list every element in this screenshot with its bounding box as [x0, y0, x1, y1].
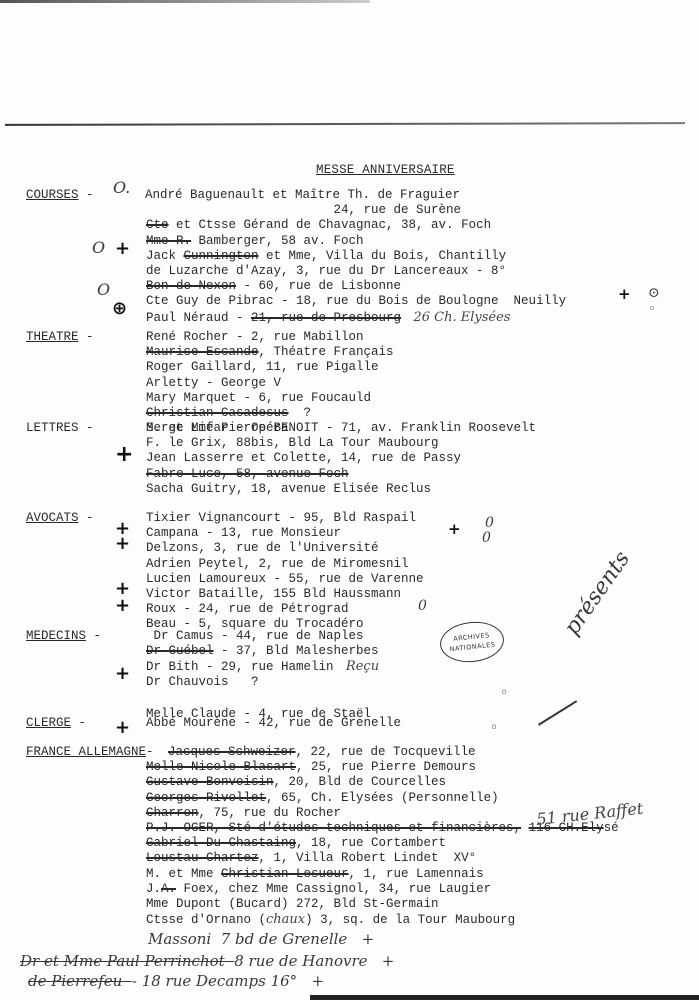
handwriting-text: Massoni 7 bd de Grenelle +: [148, 930, 374, 948]
list-entry: Mary Marquet - 6, rue Foucauld: [146, 391, 371, 406]
margin-o-mark-3: O: [97, 280, 110, 299]
entry-text: , 1, Villa Robert Lindet XV°: [259, 851, 477, 865]
entry-text: Cte Guy de Pibrac - 18, rue du Bois de B…: [146, 294, 566, 308]
entry-text: Roger Gaillard, 11, rue Pigalle: [146, 360, 379, 374]
entry-text: Roux - 24, rue de Pétrograd: [146, 602, 349, 616]
margin-o-mark: O.: [113, 178, 130, 197]
entry-text: Ctsse d'Ornano (: [146, 913, 266, 927]
margin-plus-icon: +: [115, 663, 130, 684]
struck-text: Dr Guébel: [146, 644, 214, 658]
entry-text: , 25, rue Pierre Demours: [296, 760, 476, 774]
scan-top-edge: [0, 0, 370, 3]
list-entry: Dr Chauvois ?: [146, 675, 259, 690]
right-circle-icon: 0: [485, 515, 494, 531]
entry-text: M. et Mme Pierre BENOIT - 71, av. Frankl…: [146, 421, 536, 435]
entry-text: Abbé Mourène - 42, rue de Grenelle: [146, 716, 401, 730]
list-entry: J.A. Foex, chez Mme Cassignol, 34, rue L…: [146, 882, 491, 897]
struck-text: Jacques Schweizer: [168, 745, 296, 759]
list-entry: Melle Nicole Blasart, 25, rue Pierre Dem…: [146, 760, 476, 775]
entry-text: - 37, Bld Malesherbes: [214, 644, 379, 658]
entry-text: F. le Grix, 88bis, Bld La Tour Maubourg: [146, 436, 439, 450]
struck-text: Cte: [146, 218, 169, 232]
struck-text: Cunnington: [184, 249, 259, 263]
struck-text: P.J. OGER, Sté d'études techniques et fi…: [146, 821, 521, 835]
right-circle-icon: 0: [482, 530, 491, 546]
entry-text: Mary Marquet - 6, rue Foucauld: [146, 391, 371, 405]
struck-text: Christian Lesueur: [221, 867, 349, 881]
struck-text: 21, rue de Presbourg: [251, 311, 401, 325]
entry-text: chaux: [266, 912, 305, 927]
entry-text: Lucien Lamoureux - 55, rue de Varenne: [146, 572, 424, 586]
list-entry: Fabre-Luce, 58, avenue Foch: [146, 467, 349, 482]
list-entry: Cte Guy de Pibrac - 18, rue du Bois de B…: [146, 294, 566, 309]
list-entry: Victor Bataille, 155 Bld Haussmann: [146, 587, 401, 602]
margin-o-mark-2: O: [92, 238, 105, 257]
list-entry: Bon de Nexon - 60, rue de Lisbonne: [146, 279, 401, 294]
handwriting-text: - 18 rue Decamps 16° +: [132, 972, 324, 990]
section-name: FRANCE ALLEMAGNE: [26, 745, 146, 759]
struck-text: Fabre-Luce, 58, avenue Foch: [146, 467, 349, 481]
handwritten-note: Reçu: [334, 659, 380, 674]
struck-text: Gustave Bonvoisin: [146, 775, 274, 789]
entry-text: Victor Bataille, 155 Bld Haussmann: [146, 587, 401, 601]
section-label: COURSES -: [26, 188, 94, 202]
list-entry: Cte et Ctsse Gérand de Chavagnac, 38, av…: [146, 218, 491, 233]
struck-text: Bon de Nexon: [146, 279, 236, 293]
list-entry: Jean Lasserre et Colette, 14, rue de Pas…: [146, 451, 461, 466]
entry-text: Jack: [146, 249, 184, 263]
list-entry: Gabriel Du Chastaing, 18, rue Cortambert: [146, 836, 446, 851]
entry-text: et Mme, Villa du Bois, Chantilly: [259, 249, 507, 263]
struck-text: Melle Nicole Blasart: [146, 760, 296, 774]
list-entry: Adrien Peytel, 2, rue de Miromesnil: [146, 557, 409, 572]
entry-text: et Ctsse Gérand de Chavagnac, 38, av. Fo…: [169, 218, 492, 232]
list-entry: Tixier Vignancourt - 95, Bld Raspail: [146, 511, 416, 526]
margin-plus-icon: ⊕: [112, 298, 127, 319]
right-circle-icon: 0: [418, 598, 427, 614]
section-name: CLERGE: [26, 716, 71, 730]
entry-text: , 75, rue du Rocher: [199, 806, 342, 820]
section-name: LETTRES: [26, 421, 79, 435]
entry-text: M. et Mme: [146, 867, 221, 881]
entry-text: 24, rue de Surène: [146, 203, 461, 217]
entry-text: Bamberger, 58 av. Foch: [191, 234, 364, 248]
entry-text: , Théatre Français: [259, 345, 394, 359]
list-entry: André Baguenault et Maître Th. de Fragui…: [145, 188, 460, 203]
list-entry: Loustau-Chartez, 1, Villa Robert Lindet …: [146, 851, 476, 866]
section-label: MEDECINS -: [26, 629, 101, 643]
entry-text: Mme Dupont (Bucard) 272, Bld St-Germain: [146, 897, 439, 911]
document-page: MESSE ANNIVERSAIRE COURSES -André Baguen…: [0, 0, 699, 1000]
entry-text: Sacha Guitry, 18, avenue Elisée Reclus: [146, 482, 431, 496]
struck-handwriting: de Pierrefeu: [28, 972, 132, 990]
struck-text: Christian Casadesus: [146, 406, 289, 420]
entry-text: Adrien Peytel, 2, rue de Miromesnil: [146, 557, 409, 571]
entry-text: Arletty - George V: [146, 376, 281, 390]
handwriting-text: 8 rue de Hanovre +: [234, 952, 394, 970]
entry-text: Dr Chauvois ?: [146, 675, 259, 689]
section-label: AVOCATS -: [26, 511, 94, 525]
list-entry: Delzons, 3, rue de l'Université: [146, 541, 379, 556]
right-circle-icon: ◦: [648, 302, 656, 317]
list-entry: René Rocher - 2, rue Mabillon: [146, 330, 364, 345]
margin-plus-icon: +: [115, 533, 130, 554]
margin-plus-icon: +: [115, 595, 130, 616]
archives-nationales-stamp: ARCHIVES NATIONALES: [438, 619, 506, 665]
list-entry: Maurice Escande, Théatre Français: [146, 345, 394, 360]
handwritten-addition: Massoni 7 bd de Grenelle +: [148, 930, 374, 948]
entry-text: Dr Bith - 29, rue Hamelin: [146, 660, 334, 674]
section-name: THEATRE: [26, 330, 79, 344]
right-circle-icon: ⊙: [648, 285, 660, 301]
section-label: THEATRE -: [26, 330, 94, 344]
struck-text: Charron: [146, 806, 199, 820]
list-entry: P.J. OGER, Sté d'études techniques et fi…: [146, 821, 619, 836]
entry-text: Delzons, 3, rue de l'Université: [146, 541, 379, 555]
entry-text: , 22, rue de Tocqueville: [296, 745, 476, 759]
list-entry: Dr Camus - 44, rue de Naples: [146, 629, 364, 644]
right-circle-icon: ◦: [490, 720, 498, 736]
section-label: CLERGE -: [26, 716, 86, 730]
list-entry: Sacha Guitry, 18, avenue Elisée Reclus: [146, 482, 431, 497]
list-entry: Dr Guébel - 37, Bld Malesherbes: [146, 644, 379, 659]
entry-text: Tixier Vignancourt - 95, Bld Raspail: [146, 511, 416, 525]
list-entry: Jacques Schweizer, 22, rue de Tocquevill…: [168, 745, 476, 760]
struck-text: Gabriel Du Chastaing: [146, 836, 296, 850]
list-entry: Georges Rivollet, 65, Ch. Elysées (Perso…: [146, 791, 499, 806]
entry-text: André Baguenault et Maître Th. de Fragui…: [145, 188, 460, 202]
struck-text: Mme R.: [146, 234, 191, 248]
entry-text: , 18, rue Cortambert: [296, 836, 446, 850]
list-entry: Ctsse d'Ornano (chaux) 3, sq. de la Tour…: [146, 912, 515, 928]
list-entry: F. le Grix, 88bis, Bld La Tour Maubourg: [146, 436, 439, 451]
list-entry: de Luzarche d'Azay, 3, rue du Dr Lancere…: [146, 264, 506, 279]
list-entry: Lucien Lamoureux - 55, rue de Varenne: [146, 572, 424, 587]
entry-text: , 65, Ch. Elysées (Personnelle): [266, 791, 499, 805]
section-name: MEDECINS: [26, 629, 86, 643]
handwritten-underline: [538, 700, 577, 725]
entry-text: Paul Néraud -: [146, 311, 251, 325]
list-entry: M. et Mme Pierre BENOIT - 71, av. Frankl…: [146, 421, 536, 436]
section-label: LETTRES -: [26, 421, 94, 435]
struck-text: Maurice Escande: [146, 345, 259, 359]
list-entry: Charron, 75, rue du Rocher: [146, 806, 341, 821]
entry-text: de Luzarche d'Azay, 3, rue du Dr Lancere…: [146, 264, 506, 278]
horizontal-rule: [5, 122, 685, 126]
handwritten-addition: de Pierrefeu - 18 rue Decamps 16° +: [28, 972, 324, 990]
section-name: AVOCATS: [26, 511, 79, 525]
entry-text: Dr Camus - 44, rue de Naples: [146, 629, 364, 643]
struck-text: Loustau-Chartez: [146, 851, 259, 865]
struck-handwriting: Dr et Mme Paul Perrinchot: [20, 952, 234, 970]
list-entry: Dr Bith - 29, rue Hamelin Reçu: [146, 659, 379, 675]
list-entry: Roger Gaillard, 11, rue Pigalle: [146, 360, 379, 375]
entry-text: J.: [146, 882, 161, 896]
handwritten-addition: Dr et Mme Paul Perrinchot 8 rue de Hanov…: [20, 952, 394, 970]
scan-bottom-edge: [310, 995, 699, 1000]
entry-text: Campana - 13, rue Monsieur: [146, 526, 341, 540]
right-plus-icon: +: [618, 285, 631, 303]
entry-text: Jean Lasserre et Colette, 14, rue de Pas…: [146, 451, 461, 465]
section-name: COURSES: [26, 188, 79, 202]
entry-text: Foex, chez Mme Cassignol, 34, rue Laugie…: [176, 882, 491, 896]
list-entry: Roux - 24, rue de Pétrograd: [146, 602, 349, 617]
list-entry: Jack Cunnington et Mme, Villa du Bois, C…: [146, 249, 506, 264]
entry-text: ?: [289, 406, 312, 420]
entry-text: , 1, rue Lamennais: [349, 867, 484, 881]
handwritten-note: 26 Ch. Elysées: [401, 310, 510, 325]
document-title: MESSE ANNIVERSAIRE: [316, 163, 455, 177]
handwritten-presents: présents: [560, 547, 636, 640]
list-entry: 24, rue de Surène: [146, 203, 461, 218]
entry-text: ) 3, sq. de la Tour Maubourg: [305, 913, 515, 927]
list-entry: Christian Casadesus ?: [146, 406, 311, 421]
section-label: FRANCE ALLEMAGNE-: [26, 745, 154, 759]
list-entry: Abbé Mourène - 42, rue de Grenelle: [146, 716, 401, 731]
margin-plus-icon: +: [115, 442, 133, 467]
list-entry: M. et Mme Christian Lesueur, 1, rue Lame…: [146, 867, 484, 882]
margin-plus-icon: +: [115, 717, 130, 738]
entry-text: , 20, Bld de Courcelles: [274, 775, 447, 789]
list-entry: Gustave Bonvoisin, 20, Bld de Courcelles: [146, 775, 446, 790]
list-entry: Mme R. Bamberger, 58 av. Foch: [146, 234, 364, 249]
struck-text: A.: [161, 882, 176, 896]
list-entry: Campana - 13, rue Monsieur: [146, 526, 341, 541]
list-entry: Arletty - George V: [146, 376, 281, 391]
list-entry: Paul Néraud - 21, rue de Presbourg 26 Ch…: [146, 310, 510, 326]
margin-plus-icon: +: [115, 238, 130, 259]
list-entry: Mme Dupont (Bucard) 272, Bld St-Germain: [146, 897, 439, 912]
entry-text: sé: [604, 821, 619, 835]
struck-text: Georges Rivollet: [146, 791, 266, 805]
entry-text: René Rocher - 2, rue Mabillon: [146, 330, 364, 344]
right-plus-icon: +: [448, 520, 461, 538]
entry-text: - 60, rue de Lisbonne: [236, 279, 401, 293]
right-circle-icon: ◦: [500, 685, 508, 701]
